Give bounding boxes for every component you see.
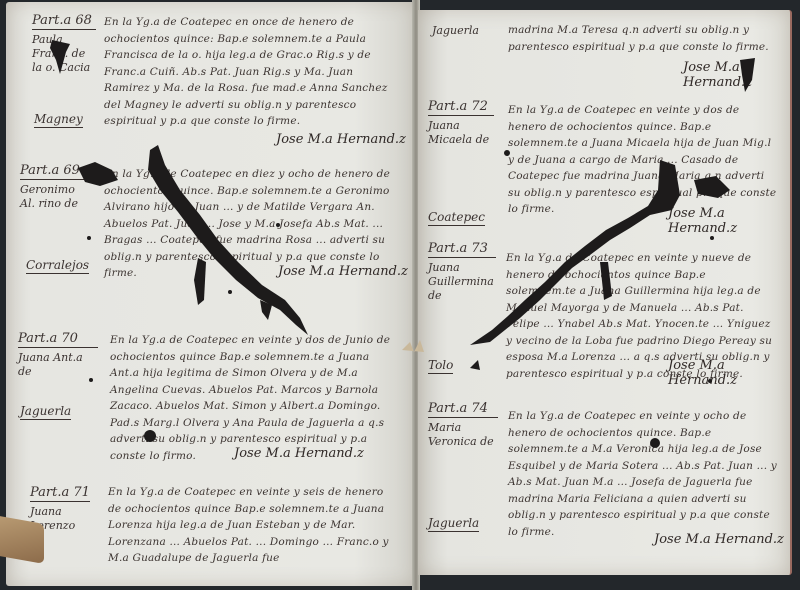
ink-blot-damage (0, 0, 800, 590)
